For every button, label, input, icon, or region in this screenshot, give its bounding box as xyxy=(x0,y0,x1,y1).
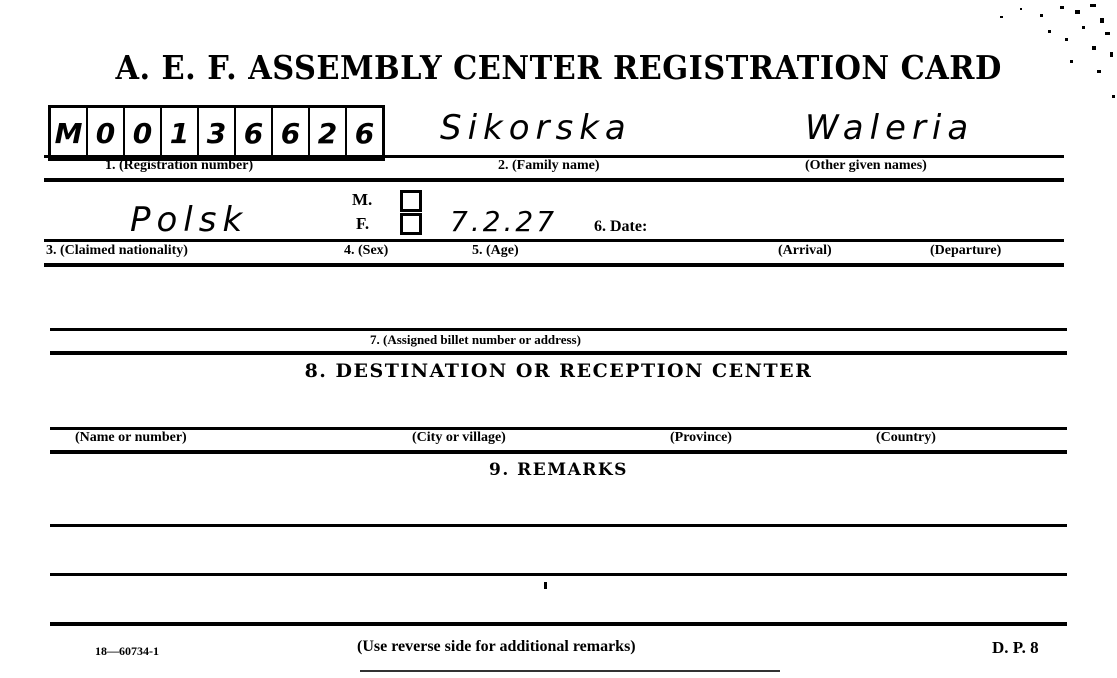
destination-name-label: (Name or number) xyxy=(75,430,187,446)
form-code: 18—60734-1 xyxy=(95,644,159,659)
reg-digit: 6 xyxy=(273,108,310,158)
departure-label: (Departure) xyxy=(930,243,1001,259)
reg-digit: M xyxy=(51,108,88,158)
destination-province-label: (Province) xyxy=(670,430,732,446)
rule xyxy=(50,351,1067,355)
given-names-value[interactable]: Waleria xyxy=(805,108,974,148)
sex-option-m: M. xyxy=(352,190,372,210)
card-title: A. E. F. ASSEMBLY CENTER REGISTRATION CA… xyxy=(45,48,1073,87)
rule xyxy=(44,239,1064,242)
destination-country-label: (Country) xyxy=(876,430,936,446)
family-name-label: 2. (Family name) xyxy=(498,158,599,174)
nationality-label: 3. (Claimed nationality) xyxy=(46,243,188,259)
age-label: 5. (Age) xyxy=(472,243,519,259)
given-names-label: (Other given names) xyxy=(805,158,927,174)
reg-digit: 3 xyxy=(199,108,236,158)
reg-digit: 6 xyxy=(347,108,382,158)
rule xyxy=(44,178,1064,182)
ink-speck xyxy=(544,582,547,589)
rule xyxy=(44,263,1064,267)
remarks-line-3[interactable] xyxy=(50,622,1067,626)
registration-number-label: 1. (Registration number) xyxy=(105,158,253,174)
destination-city-label: (City or village) xyxy=(412,430,506,446)
date-label: 6. Date: xyxy=(594,218,647,236)
bottom-edge-rule xyxy=(360,670,780,672)
form-id: D. P. 8 xyxy=(992,638,1039,658)
arrival-label: (Arrival) xyxy=(778,243,832,259)
reg-digit: 6 xyxy=(236,108,273,158)
remarks-heading: 9. REMARKS xyxy=(0,460,1117,480)
remarks-line-2[interactable] xyxy=(50,573,1067,576)
age-value[interactable]: 7.2.27 xyxy=(450,205,557,238)
family-name-value[interactable]: Sikorska xyxy=(440,108,632,148)
footer-note: (Use reverse side for additional remarks… xyxy=(357,638,636,656)
reg-digit: 0 xyxy=(125,108,162,158)
billet-label: 7. (Assigned billet number or address) xyxy=(370,332,581,348)
registration-number-box: M 0 0 1 3 6 6 2 6 xyxy=(48,105,385,161)
sex-f-checkbox[interactable] xyxy=(400,213,422,235)
nationality-value[interactable]: Polsk xyxy=(130,200,248,240)
sex-label: 4. (Sex) xyxy=(344,243,388,259)
reg-digit: 2 xyxy=(310,108,347,158)
rule xyxy=(50,450,1067,454)
sex-m-checkbox[interactable] xyxy=(400,190,422,212)
reg-digit: 0 xyxy=(88,108,125,158)
destination-heading: 8. DESTINATION OR RECEPTION CENTER xyxy=(0,360,1117,382)
remarks-line-1[interactable] xyxy=(50,524,1067,527)
sex-option-f: F. xyxy=(356,214,369,234)
reg-digit: 1 xyxy=(162,108,199,158)
rule xyxy=(50,328,1067,331)
